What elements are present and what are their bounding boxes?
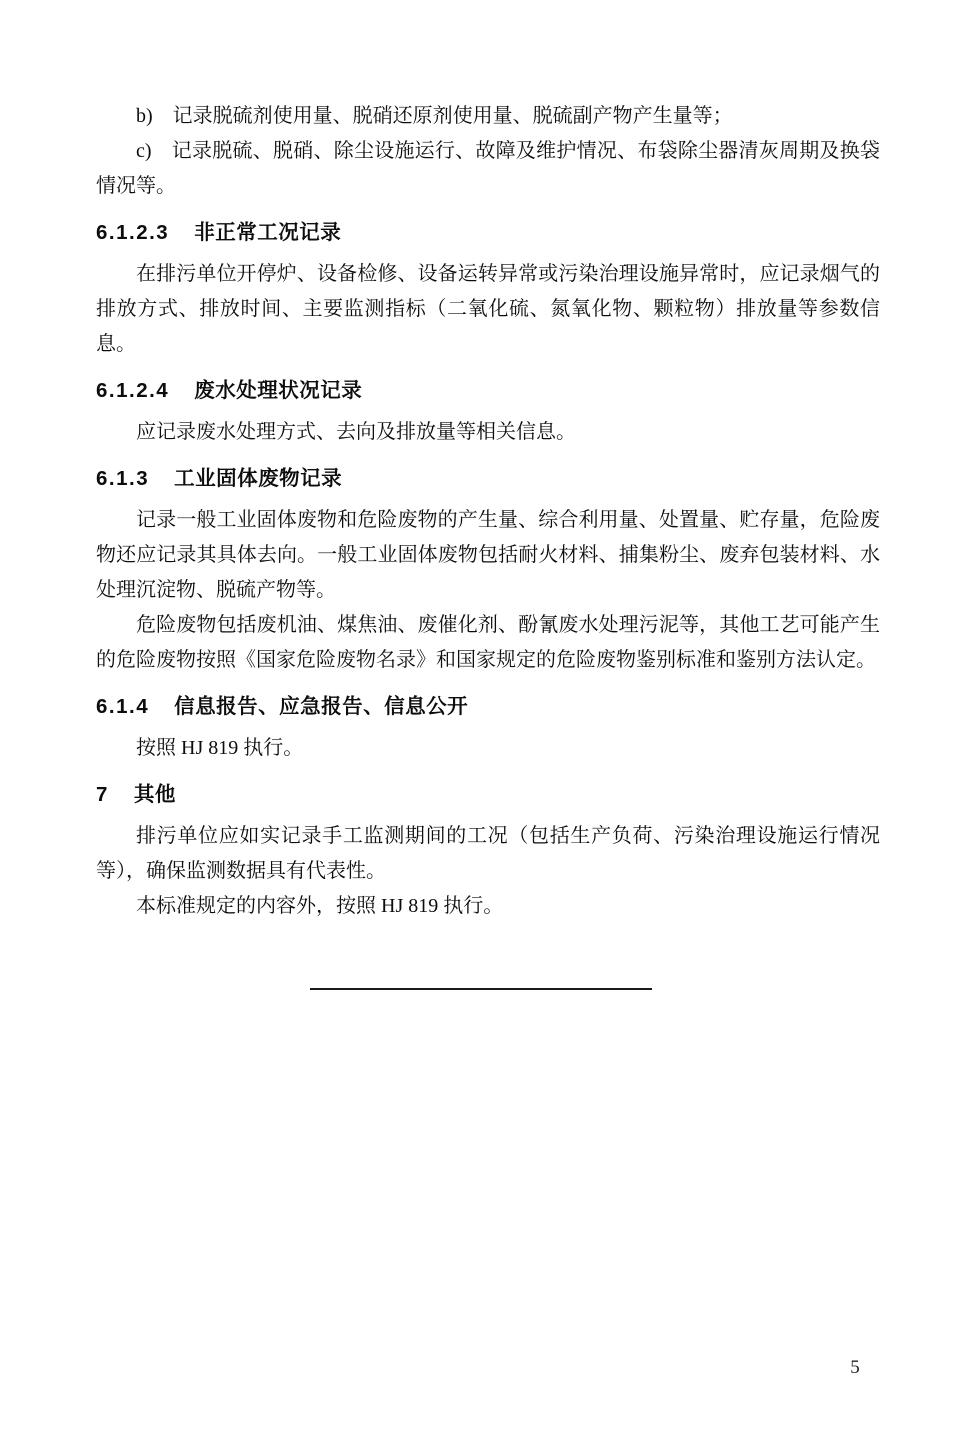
list-item-text: 记录脱硫剂使用量、脱硝还原剂使用量、脱硫副产物产生量等； — [173, 105, 733, 127]
list-item-b: b)记录脱硫剂使用量、脱硝还原剂使用量、脱硫副产物产生量等； — [96, 99, 880, 134]
section-number: 6.1.2.4 — [96, 373, 169, 408]
section-number: 6.1.3 — [96, 461, 149, 496]
section-heading-6-1-2-3: 6.1.2.3非正常工况记录 — [96, 215, 880, 250]
section-title: 废水处理状况记录 — [194, 379, 362, 402]
page-number: 5 — [840, 1356, 870, 1380]
section-heading-6-1-3: 6.1.3工业固体废物记录 — [96, 461, 880, 496]
document-page: b)记录脱硫剂使用量、脱硝还原剂使用量、脱硫副产物产生量等； c)记录脱硫、脱硝… — [0, 0, 974, 1450]
section-heading-6-1-4: 6.1.4信息报告、应急报告、信息公开 — [96, 689, 880, 724]
paragraph: 危险废物包括废机油、煤焦油、废催化剂、酚氰废水处理污泥等，其他工艺可能产生的危险… — [96, 608, 880, 678]
section-title: 非正常工况记录 — [194, 221, 341, 244]
paragraph: 排污单位应如实记录手工监测期间的工况（包括生产负荷、污染治理设施运行情况等），确… — [96, 819, 880, 889]
paragraph: 按照 HJ 819 执行。 — [96, 731, 880, 766]
document-body: b)记录脱硫剂使用量、脱硝还原剂使用量、脱硫副产物产生量等； c)记录脱硫、脱硝… — [96, 99, 880, 924]
section-number: 7 — [96, 777, 109, 812]
end-of-document-rule — [310, 988, 652, 990]
section-number: 6.1.4 — [96, 689, 149, 724]
section-title: 工业固体废物记录 — [174, 467, 342, 490]
list-item-text: 记录脱硫、脱硝、除尘设施运行、故障及维护情况、布袋除尘器清灰周期及换袋情况等。 — [96, 140, 880, 197]
section-number: 6.1.2.3 — [96, 215, 169, 250]
paragraph: 在排污单位开停炉、设备检修、设备运转异常或污染治理设施异常时，应记录烟气的排放方… — [96, 257, 880, 362]
section-heading-6-1-2-4: 6.1.2.4废水处理状况记录 — [96, 373, 880, 408]
section-title: 其他 — [134, 783, 176, 806]
list-marker: b) — [136, 99, 153, 134]
list-item-c: c)记录脱硫、脱硝、除尘设施运行、故障及维护情况、布袋除尘器清灰周期及换袋情况等… — [96, 134, 880, 204]
paragraph: 记录一般工业固体废物和危险废物的产生量、综合利用量、处置量、贮存量，危险废物还应… — [96, 503, 880, 608]
list-marker: c) — [136, 134, 152, 169]
section-heading-7: 7其他 — [96, 777, 880, 812]
paragraph: 应记录废水处理方式、去向及排放量等相关信息。 — [96, 415, 880, 450]
paragraph: 本标准规定的内容外，按照 HJ 819 执行。 — [96, 889, 880, 924]
section-title: 信息报告、应急报告、信息公开 — [174, 695, 468, 718]
